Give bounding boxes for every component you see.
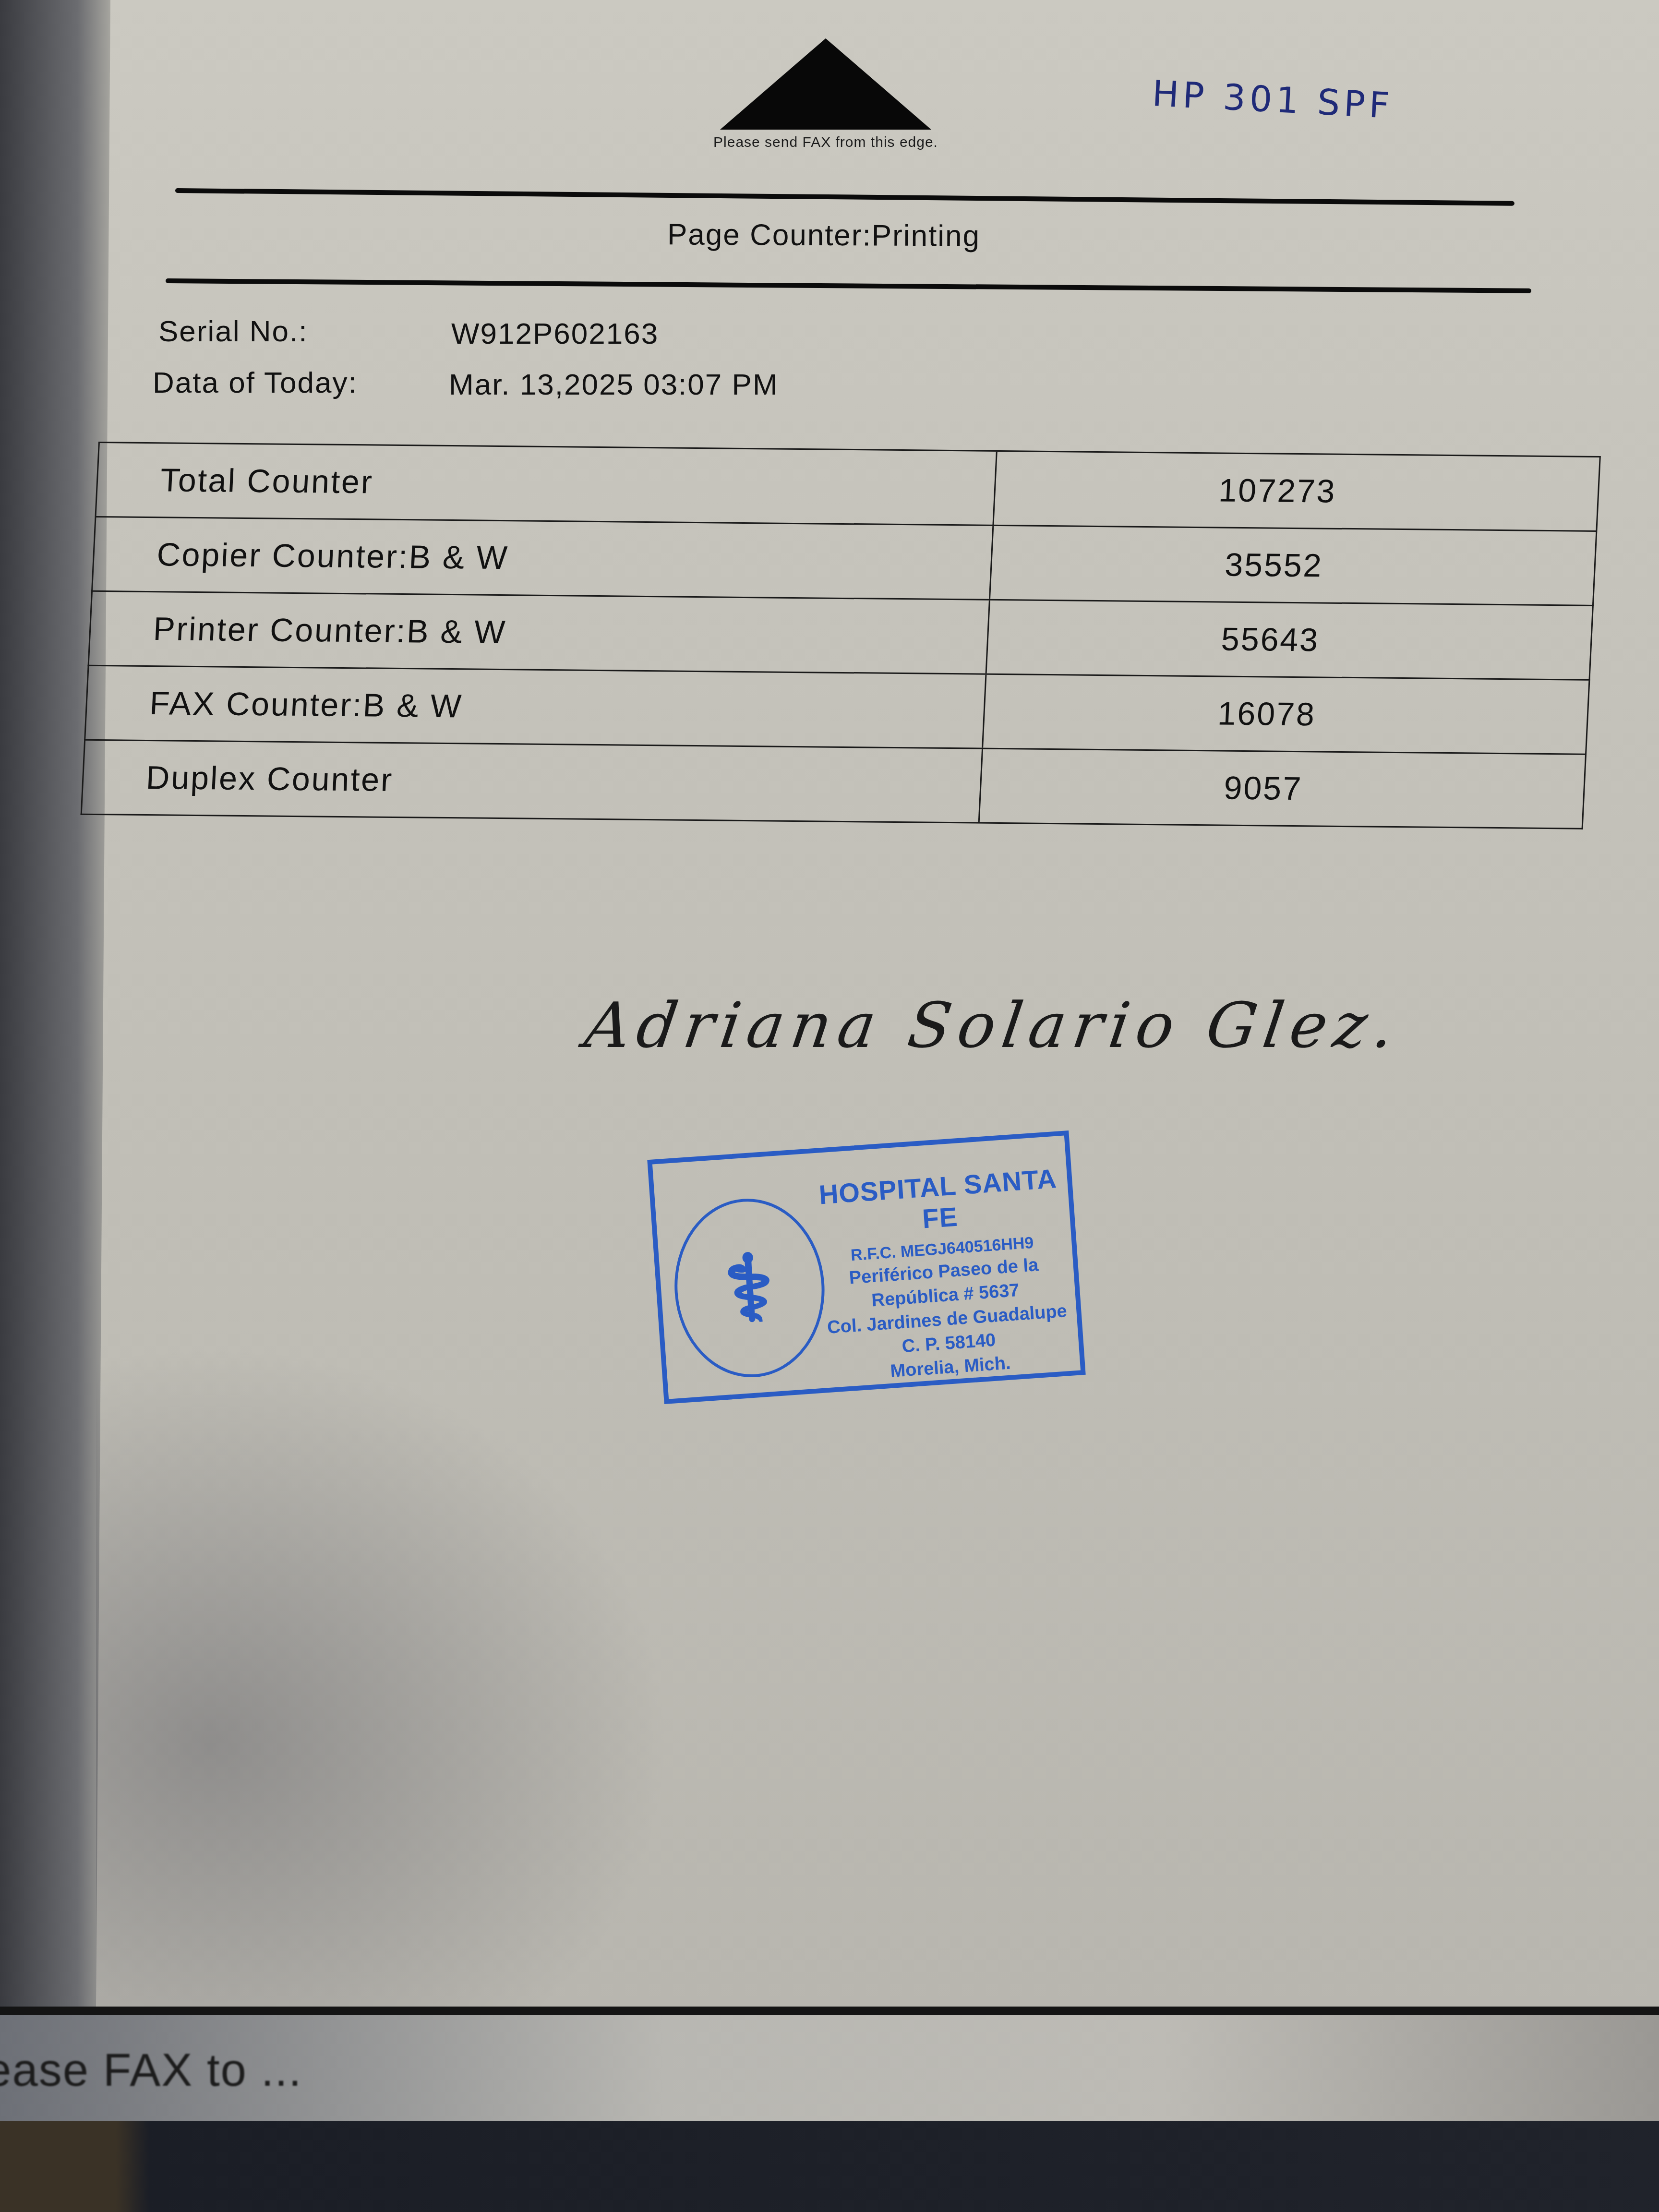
counter-value: 16078 bbox=[983, 675, 1588, 754]
counter-value: 35552 bbox=[990, 526, 1596, 605]
date-value: Mar. 13,2025 03:07 PM bbox=[449, 368, 779, 402]
counter-label: Duplex Counter bbox=[82, 741, 983, 822]
counter-value: 107273 bbox=[994, 452, 1599, 530]
counter-label: Copier Counter:B & W bbox=[93, 517, 994, 599]
stamp-seal: ⚕ bbox=[669, 1194, 830, 1382]
desk-background bbox=[0, 0, 110, 2007]
stamp-text: HOSPITAL SANTA FE R.F.C. MEGJ640516HH9 P… bbox=[812, 1162, 1076, 1387]
counter-value: 9057 bbox=[980, 749, 1585, 828]
stamp-hospital-name: HOSPITAL SANTA FE bbox=[812, 1162, 1066, 1242]
underlying-fax-sheet: ease FAX to ... bbox=[0, 2007, 1659, 2121]
serial-value: W912P602163 bbox=[451, 317, 659, 351]
page-title: Page Counter:Printing bbox=[667, 217, 980, 253]
fax-to-text: ease FAX to ... bbox=[0, 2044, 302, 2097]
handwritten-signature: Adriana Solario Glez. bbox=[580, 989, 1405, 1062]
counter-table: Total Counter 107273 Copier Counter:B & … bbox=[81, 442, 1601, 829]
up-triangle-icon bbox=[720, 38, 931, 130]
date-label: Data of Today: bbox=[153, 366, 358, 400]
counter-label: Total Counter bbox=[96, 443, 998, 525]
counter-label: Printer Counter:B & W bbox=[89, 592, 990, 673]
table-row: FAX Counter:B & W 16078 bbox=[84, 666, 1590, 755]
table-row: Duplex Counter 9057 bbox=[81, 741, 1587, 829]
table-row: Copier Counter:B & W 35552 bbox=[91, 517, 1597, 606]
counter-label: FAX Counter:B & W bbox=[85, 666, 986, 748]
hospital-stamp: ⚕ HOSPITAL SANTA FE R.F.C. MEGJ640516HH9… bbox=[647, 1130, 1085, 1404]
table-row: Total Counter 107273 bbox=[95, 442, 1600, 532]
serial-label: Serial No.: bbox=[158, 314, 308, 349]
caduceus-icon: ⚕ bbox=[721, 1233, 778, 1343]
fax-edge-instruction: Please send FAX from this edge. bbox=[682, 134, 970, 151]
counter-value: 55643 bbox=[987, 601, 1592, 679]
table-row: Printer Counter:B & W 55643 bbox=[88, 592, 1594, 681]
floor-background bbox=[0, 2121, 1659, 2212]
